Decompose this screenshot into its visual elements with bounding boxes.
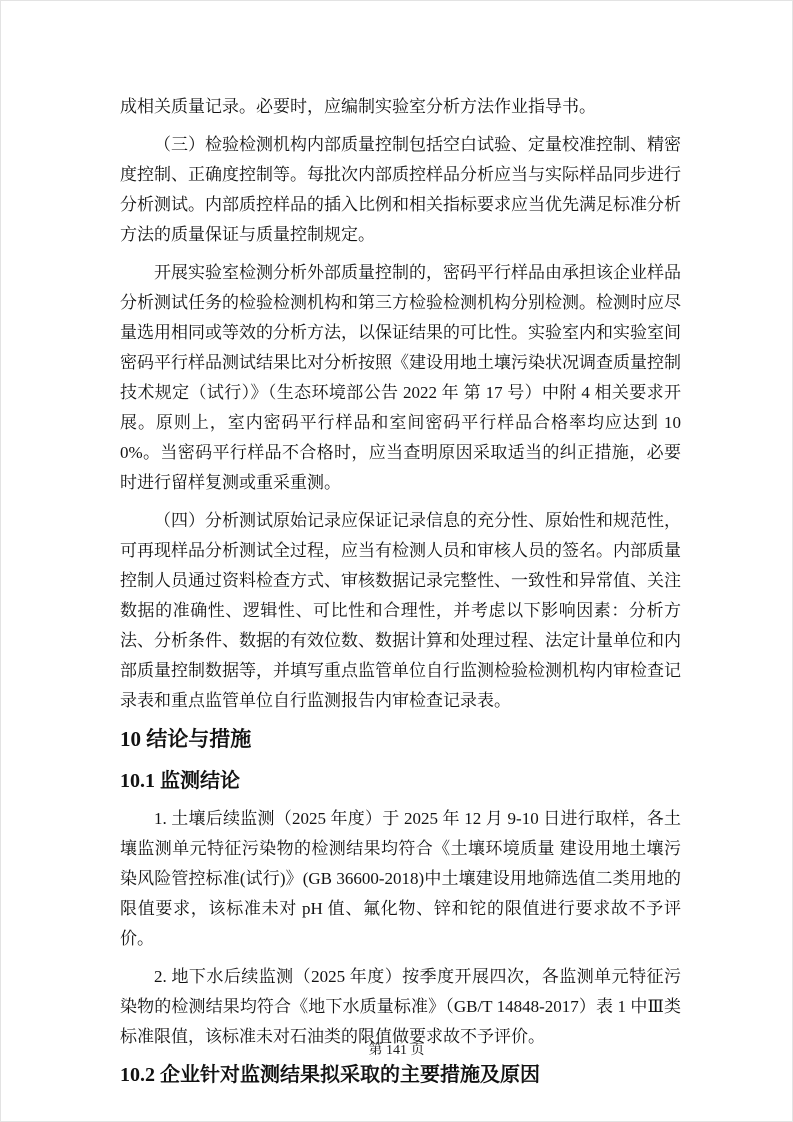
paragraph-groundwater-monitoring-conclusion: 2. 地下水后续监测（2025 年度）按季度开展四次，各监测单元特征污染物的检测…	[120, 962, 681, 1052]
page-footer: 第 141 页	[1, 1040, 792, 1062]
paragraph-external-quality-control: 开展实验室检测分析外部质量控制的，密码平行样品由承担该企业样品分析测试任务的检验…	[120, 258, 681, 498]
heading-section-10-2-enterprise-measures: 10.2 企业针对监测结果拟采取的主要措施及原因	[120, 1060, 681, 1090]
document-content: 成相关质量记录。必要时，应编制实验室分析方法作业指导书。 （三）检验检测机构内部…	[120, 92, 681, 1098]
paragraph-soil-monitoring-conclusion: 1. 土壤后续监测（2025 年度）于 2025 年 12 月 9-10 日进行…	[120, 804, 681, 954]
document-page: 成相关质量记录。必要时，应编制实验室分析方法作业指导书。 （三）检验检测机构内部…	[0, 0, 793, 1122]
heading-chapter-10-conclusions-measures: 10 结论与措施	[120, 724, 681, 754]
paragraph-internal-quality-control: （三）检验检测机构内部质量控制包括空白试验、定量校准控制、精密度控制、正确度控制…	[120, 130, 681, 250]
paragraph-raw-record-review: （四）分析测试原始记录应保证记录信息的充分性、原始性和规范性，可再现样品分析测试…	[120, 506, 681, 716]
paragraph-lab-method-records: 成相关质量记录。必要时，应编制实验室分析方法作业指导书。	[120, 92, 681, 122]
page-number-label: 第 141 页	[369, 1043, 425, 1058]
heading-section-10-1-monitoring-conclusion: 10.1 监测结论	[120, 766, 681, 796]
